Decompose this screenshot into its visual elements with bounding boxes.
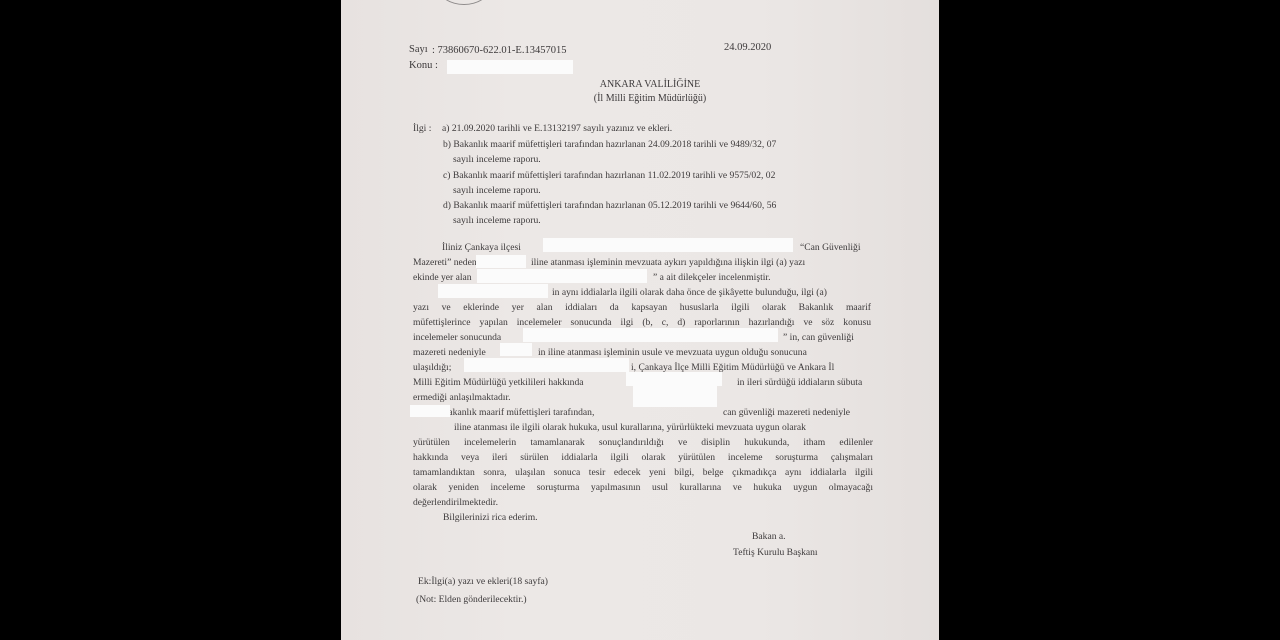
ilgi-item-c: c) Bakanlık maarif müfettişleri tarafınd… [443,170,775,182]
p1-line1-start: İliniz Çankaya ilçesi [442,242,521,254]
redacted-school [464,358,629,372]
p3-line3: yürütülen incelemelerin tamamlanarak son… [413,437,873,449]
p3-line6: olarak yeniden inceleme soruşturma yapıl… [413,482,873,494]
sayi-label: Sayı [409,44,428,56]
redacted-city [500,343,532,356]
closing-line: Bilgilerinizi rica ederim. [443,512,538,524]
p3-line1-end: can güvenliği mazereti nedeniyle [723,407,850,419]
redacted-city [410,405,450,417]
ilgi-item-a: a) 21.09.2020 tarihli ve E.13132197 sayı… [442,123,672,135]
p3-line2: iline atanması ile ilgili olarak hukuka,… [454,422,806,434]
ilgi-item-b: b) Bakanlık maarif müfettişleri tarafınd… [443,139,776,151]
delivery-note: (Not: Elden gönderilecektir.) [416,594,527,606]
p1-line2-end: iline atanması işleminin mevzuata aykırı… [531,257,805,269]
p1-line3-end: ” a ait dilekçeler incelenmiştir. [653,272,770,284]
ilgi-item-d: d) Bakanlık maarif müfettişleri tarafınd… [443,200,776,212]
p2-line7-start: Milli Eğitim Müdürlüğü yetkilileri hakkı… [413,377,584,389]
redacted-subject [447,60,573,74]
p3-line7: değerlendirilmektedir. [413,497,498,509]
recipient-subtitle: (İl Milli Eğitim Müdürlüğü) [540,93,760,105]
p1-line1-end: “Can Güvenliği [800,242,860,254]
attachment-note: Ek:İlgi(a) yazı ve ekleri(18 sayfa) [418,576,548,588]
p3-line5: tamamlandıktan sonra, ulaşılan sonuca te… [413,467,873,479]
redacted-school [523,328,778,342]
p2-line6-start: ulaşıldığı; [413,362,451,374]
redacted-name [543,238,793,252]
p2-line7-end: in ileri sürdüğü iddiaların sübuta [737,377,862,389]
sayi-value: : 73860670-622.01-E.13457015 [432,45,566,57]
ilgi-label: İlgi : [413,123,431,135]
konu-label: Konu : [409,60,438,72]
ilgi-item-c-cont: sayılı inceleme raporu. [453,185,541,197]
ilgi-item-b-cont: sayılı inceleme raporu. [453,154,541,166]
redacted-city [476,255,526,268]
signature-line1: Bakan a. [752,531,786,543]
redacted-person [438,284,548,298]
redacted-person [626,372,722,386]
p2-line4-start: incelemeler sonucunda [413,332,501,344]
ilgi-item-d-cont: sayılı inceleme raporu. [453,215,541,227]
p2-line8: ermediği anlaşılmaktadır. [413,392,511,404]
redacted-person [633,385,717,407]
p2-line4-end: ” in, can güvenliği [783,332,854,344]
redacted-person [477,269,647,283]
p2-line1: in aynı iddialarla ilgili olarak daha ön… [552,287,827,299]
signature-title: Teftiş Kurulu Başkanı [733,547,818,559]
document-date: 24.09.2020 [724,42,771,54]
p2-line2: yazı ve eklerinde yer alan iddiaları da … [413,302,871,314]
p3-line4: hakkında veya ileri sürülen iddialarla i… [413,452,873,464]
recipient-title: ANKARA VALİLİĞİNE [540,79,760,91]
p3-line1-start: Bakanlık maarif müfettişleri tarafından, [442,407,594,419]
p1-line3-start: ekinde yer alan [413,272,472,284]
